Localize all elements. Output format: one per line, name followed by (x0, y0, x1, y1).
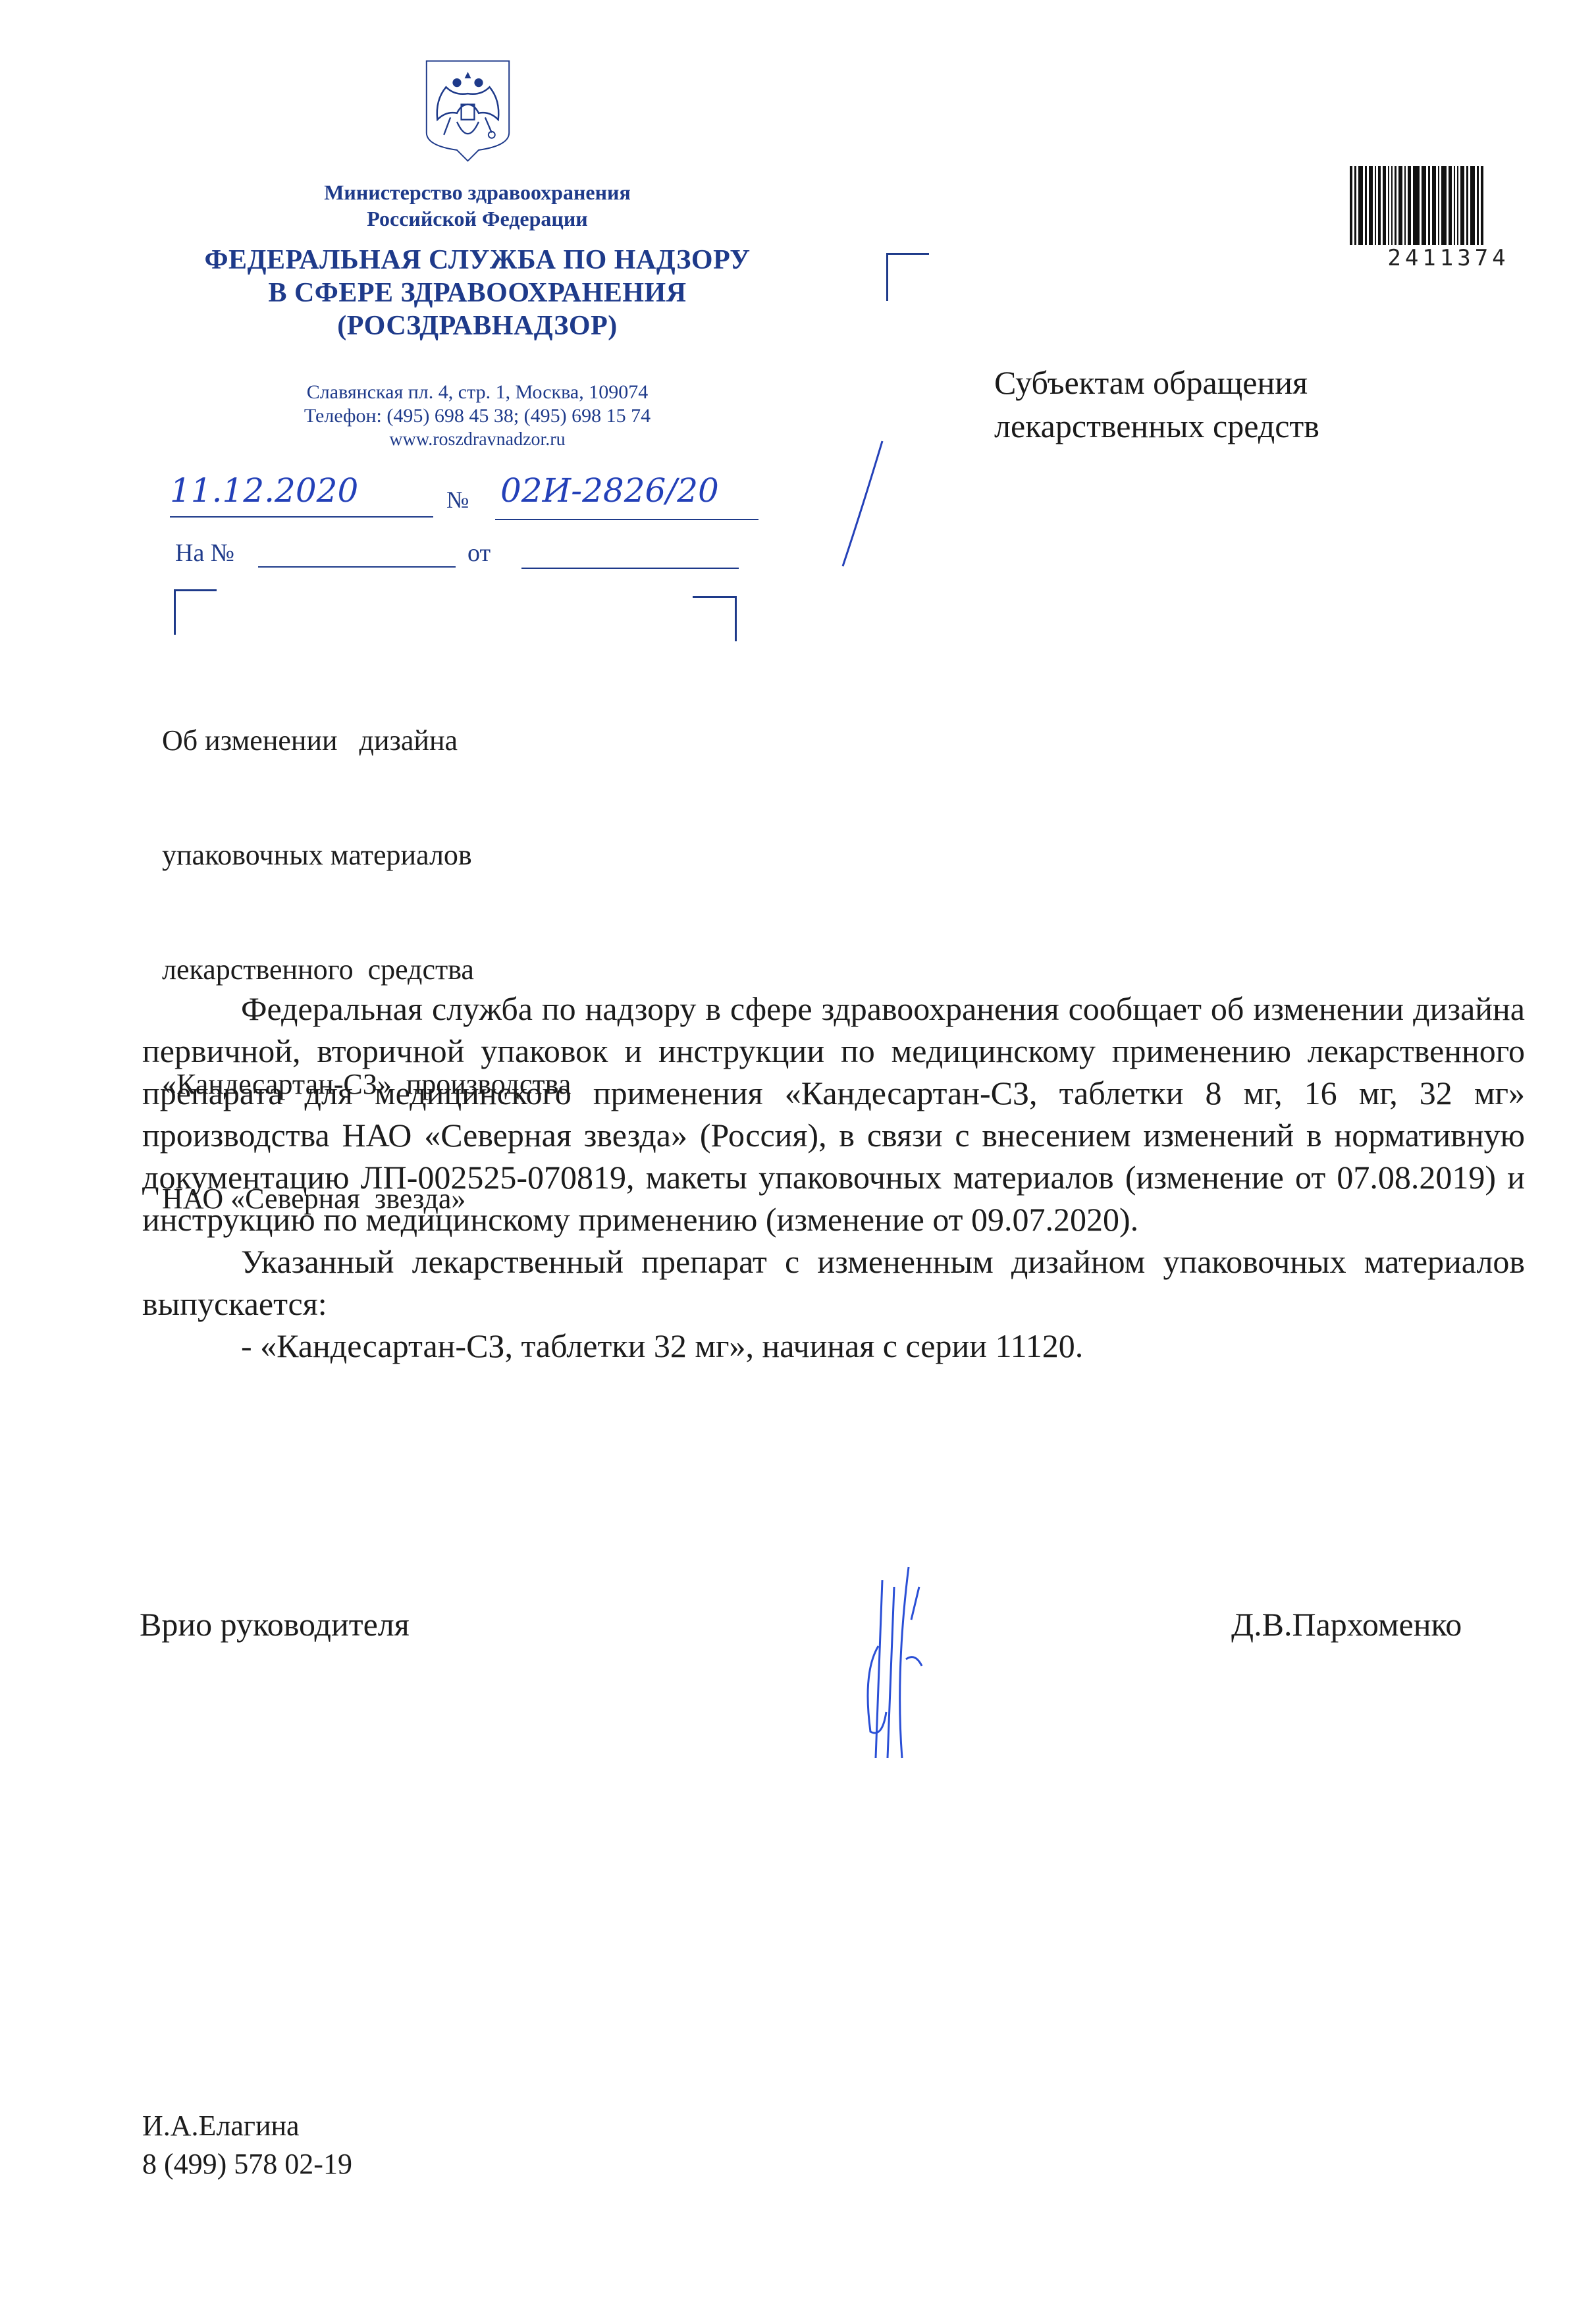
signatory-position: Врио руководителя (140, 1605, 410, 1643)
subject-corner-bracket-left (174, 589, 217, 635)
subject-line: Об изменении дизайна (162, 722, 571, 760)
office-phone: Телефон: (495) 698 45 38; (495) 698 15 7… (165, 404, 790, 428)
body-paragraph-2: Указанный лекарственный препарат с измен… (142, 1240, 1525, 1325)
coat-of-arms-emblem (413, 57, 522, 165)
reply-number-label: На № (175, 539, 234, 568)
date-underline (170, 516, 433, 518)
barcode-number: 2411374 (1350, 245, 1547, 271)
slash-stroke-icon (790, 435, 889, 573)
addressee-line-1: Субъектам обращения (994, 361, 1319, 404)
signatory-name: Д.В.Пархоменко (1231, 1605, 1462, 1643)
subject-line: лекарственного средства (162, 951, 571, 989)
addressee-line-2: лекарственных средств (994, 404, 1319, 448)
handwritten-date: 11.12.2020 (170, 471, 358, 510)
addressee-block: Субъектам обращения лекарственных средст… (994, 361, 1319, 448)
ministry-line-1: Министерство здравоохранения (165, 179, 790, 205)
number-label: № (446, 486, 469, 514)
addressee-corner-bracket (886, 253, 929, 301)
handwritten-number: 02И-2826/20 (500, 471, 719, 510)
service-line-1: ФЕДЕРАЛЬНАЯ СЛУЖБА ПО НАДЗОРУ (165, 244, 790, 277)
handwritten-signature (856, 1541, 1014, 1765)
reply-number-field (258, 566, 456, 568)
signature-icon (856, 1541, 1014, 1765)
letter-body: Федеральная служба по надзору в сфере зд… (142, 988, 1525, 1367)
ministry-line-2: Российской Федерации (165, 205, 790, 232)
subject-corner-bracket-right (693, 596, 737, 641)
service-line-2: В СФЕРЕ ЗДРАВООХРАНЕНИЯ (165, 277, 790, 309)
executor-name: И.А.Елагина (142, 2107, 352, 2145)
executor-phone: 8 (499) 578 02-19 (142, 2145, 352, 2183)
service-line-3: (РОСЗДРАВНАДЗОР) (165, 309, 790, 342)
from-label: от (467, 539, 491, 568)
website-link[interactable]: www.roszdravnadzor.ru (165, 428, 790, 452)
document-barcode (1350, 166, 1547, 245)
subject-line: упаковочных материалов (162, 836, 571, 874)
executor-block: И.А.Елагина 8 (499) 578 02-19 (142, 2107, 352, 2183)
office-address: Славянская пл. 4, стр. 1, Москва, 109074 (165, 381, 790, 404)
reply-date-field (521, 568, 739, 569)
number-underline (495, 519, 758, 520)
double-headed-eagle-icon (413, 57, 522, 165)
body-list-item: - «Кандесартан-СЗ, таблетки 32 мг», начи… (142, 1325, 1525, 1367)
body-paragraph-1: Федеральная служба по надзору в сфере зд… (142, 988, 1525, 1240)
